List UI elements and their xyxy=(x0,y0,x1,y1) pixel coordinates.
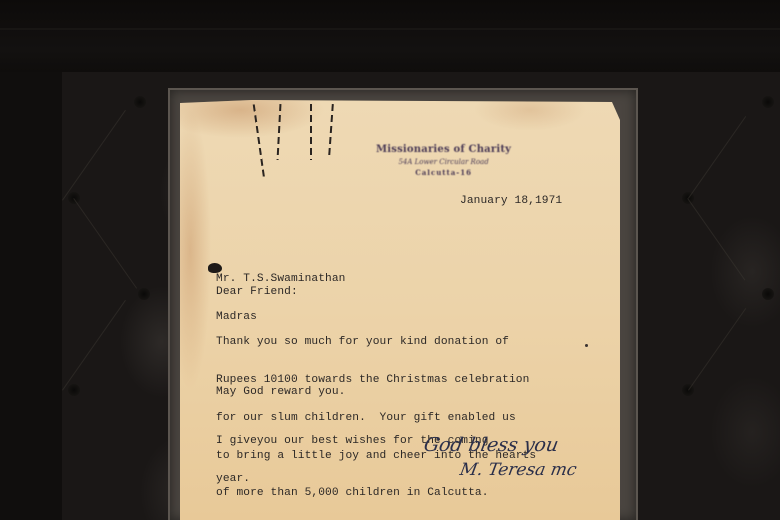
dark-wall xyxy=(0,0,780,72)
tuft-button xyxy=(138,288,150,300)
tuft-button xyxy=(762,288,774,300)
tuft-button xyxy=(762,96,774,108)
ink-speck xyxy=(585,344,588,347)
salutation: Dear Friend: xyxy=(216,286,298,299)
letterhead-organization: Missionaries of Charity xyxy=(376,144,511,155)
staple-mark xyxy=(277,104,282,160)
letterhead-address: 54A Lower Circular Road xyxy=(376,158,511,166)
leather-seam xyxy=(73,198,137,289)
recipient-name: Mr. T.S.Swaminathan xyxy=(216,273,345,286)
staple-mark xyxy=(310,104,312,160)
staple-mark xyxy=(328,104,334,156)
handwritten-signature: M. Teresa mc xyxy=(458,460,578,480)
handwritten-blessing: God bless you xyxy=(422,434,560,456)
wall-edge xyxy=(0,28,780,30)
body-line: Thank you so much for your kind donation… xyxy=(216,336,536,349)
leather-seam xyxy=(687,198,745,280)
wishes-block: I giveyou our best wishes for the coming… xyxy=(216,410,489,511)
letterhead-city: Calcutta-16 xyxy=(376,168,511,177)
staple-mark xyxy=(253,104,266,180)
leather-seam xyxy=(62,300,126,391)
leather-seam xyxy=(688,308,746,390)
letter-paper: Missionaries of Charity 54A Lower Circul… xyxy=(180,100,620,520)
body-line: Rupees 10100 towards the Christmas celeb… xyxy=(216,374,536,387)
wishes-line: year. xyxy=(216,473,489,486)
letterhead-stamp: Missionaries of Charity 54A Lower Circul… xyxy=(376,144,511,177)
leather-seam xyxy=(62,110,126,201)
reward-line: May God reward you. xyxy=(216,386,345,399)
ink-blot xyxy=(208,263,222,273)
photo-scene: Missionaries of Charity 54A Lower Circul… xyxy=(0,0,780,520)
tuft-button xyxy=(68,384,80,396)
leather-seam xyxy=(688,116,746,198)
tuft-button xyxy=(134,96,146,108)
letter-date: January 18,1971 xyxy=(460,195,562,208)
